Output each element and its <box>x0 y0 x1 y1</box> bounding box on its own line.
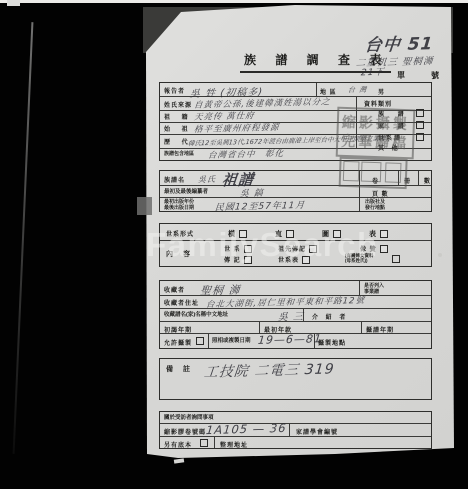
center-address-label: 收藏譜名(家)名稱中文地址 <box>164 312 228 319</box>
pub-label-2: 最後出版日期 <box>164 205 194 211</box>
stamp-text: 完畢歸檔 <box>341 131 410 153</box>
archive-stamp: 縮影攝製 完畢歸檔 <box>335 107 416 190</box>
introducer-label: 介 紹 者 <box>312 312 348 321</box>
row-label: 報告者 <box>164 86 185 95</box>
holder-address-label: 收藏者住址 <box>164 298 199 307</box>
checkbox-icon <box>416 121 424 129</box>
row-value: 吳 鎬 <box>239 186 264 200</box>
row-label: 族譜包含地區 <box>164 151 194 157</box>
remarks-label: 備 註 <box>166 364 194 374</box>
copy-label: 另有底本 <box>164 440 192 449</box>
familysearch-watermark: FamilySearch <box>146 226 379 264</box>
film-number-label: 縮影膠卷號碼 <box>164 427 206 436</box>
handwritten-page: 21下 <box>360 65 385 79</box>
checkbox-icon <box>416 133 424 141</box>
row-value: 格平至廣州府程發源 <box>193 121 280 135</box>
handwritten-code: 台中 51 <box>364 29 435 56</box>
date-cell-label: 初謁年期 <box>164 325 192 334</box>
row-label: 始 祖 <box>164 124 193 133</box>
pages-label: 頁 數 <box>372 189 389 198</box>
film-date-label: 照相或複製日期 <box>212 338 251 345</box>
printed-tag-hao: 號 <box>431 70 440 81</box>
film-number-value: 1A105 — 36 <box>205 421 287 437</box>
category-header: 資料類別 <box>364 99 392 108</box>
center-address-value: 吳 三 <box>277 308 305 324</box>
checkbox-icon <box>380 245 388 253</box>
dust-speck <box>438 253 442 257</box>
checkbox-icon <box>416 109 424 117</box>
remarks-value: 工技院 二電三 319 <box>203 358 336 381</box>
paper-corner-mark <box>174 458 184 463</box>
pub-date-value: 民國12至57年11月 <box>214 198 306 213</box>
row-label: 最初及最後編纂者 <box>164 189 208 196</box>
table-film-info: 關於受訪者詢問事項 縮影膠卷號碼 1A105 — 36 家譜學會編號 另有底本 … <box>159 411 432 449</box>
holder-value: 聖桐 浉 <box>199 281 241 298</box>
film-scratch <box>13 22 34 454</box>
count-label: 數 <box>424 176 431 185</box>
filing-address-label: 整理地址 <box>220 440 248 449</box>
film-tab-mark <box>137 197 152 215</box>
scan-edge-nub <box>7 0 20 6</box>
film-date-value: 19—6—81 <box>257 332 322 347</box>
checkbox-icon <box>392 255 400 263</box>
title-value-small: 吳氏 <box>197 174 216 186</box>
checkbox-icon <box>200 439 208 447</box>
checkbox-icon <box>196 337 204 345</box>
listed-label-2: 事業譜 <box>364 289 379 295</box>
row-value: 台灣省台中 彰化 <box>207 147 284 161</box>
region-value: 台 灣 <box>348 85 368 96</box>
film-place-label: 攝製地點 <box>318 338 346 347</box>
date-cell-label: 攝譜年期 <box>366 325 394 334</box>
row-label: 族譜名 <box>164 175 185 184</box>
checkbox-icon <box>380 230 388 238</box>
scan-edge-strip <box>0 0 468 3</box>
printed-tag-dan: 單 <box>397 70 406 81</box>
table-holder-info: 收藏者 聖桐 浉 是否列入 事業譜 收藏者住址 台北大湖街,居仁里和平東和平路1… <box>159 280 432 349</box>
publisher-label-2: 發行地點 <box>365 205 385 211</box>
row-label: 祖 籍 <box>164 112 193 121</box>
holder-label: 收藏者 <box>164 285 185 294</box>
scanned-document-photo: 族 譜 調 查 表 台中 51 二重机三 聖桐浉 21下 單 號 報告者 吳 甡… <box>0 0 468 489</box>
region-extra: 男 <box>378 87 385 96</box>
row-value: 自黃帝公孫,後建韓漢姓湯以分之 <box>193 95 331 111</box>
table-remarks: 備 註 工技院 二電三 319 <box>159 358 432 400</box>
permission-label: 允許攝製 <box>164 338 192 347</box>
society-number-label: 家譜學會編號 <box>296 427 338 436</box>
row-label: 姓氏來源 <box>164 100 192 109</box>
interview-header: 關於受訪者詢問事項 <box>164 415 214 422</box>
region-label: 地 區 <box>320 87 337 96</box>
